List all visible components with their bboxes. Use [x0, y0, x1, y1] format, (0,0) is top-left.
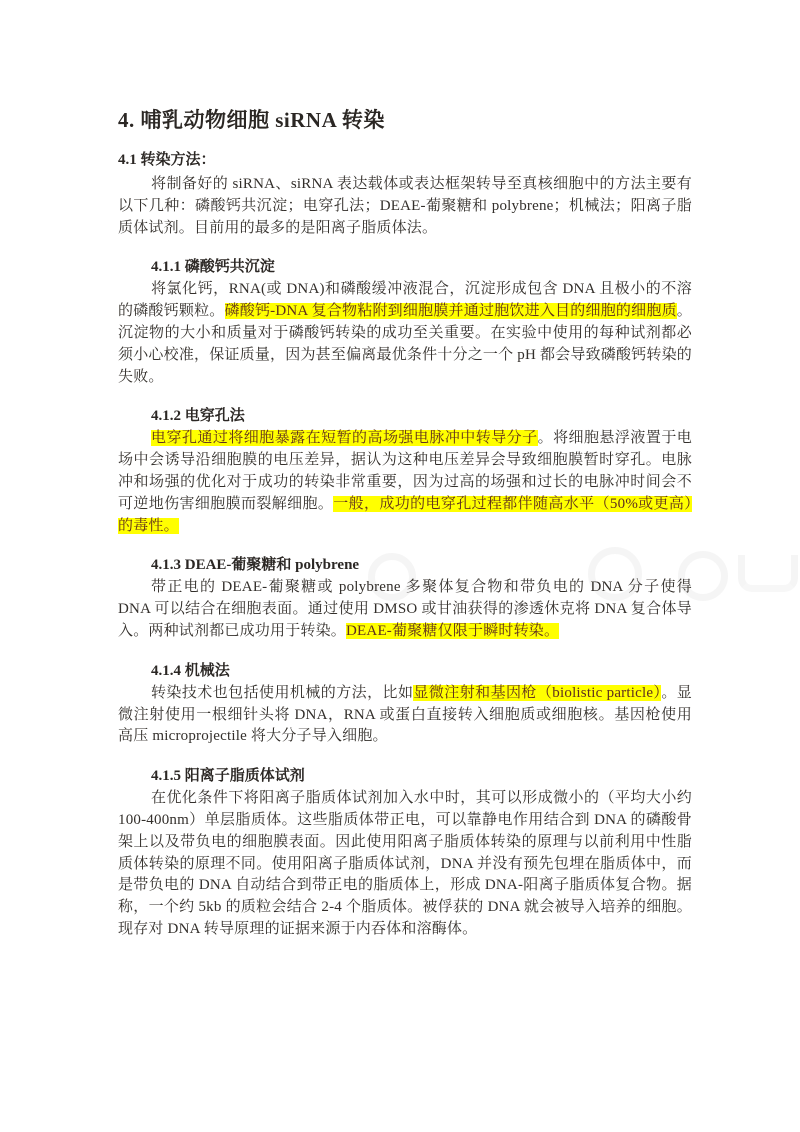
- watermark-glyph-icon: [738, 555, 798, 592]
- section-heading: 4.1.2 电穿孔法: [118, 404, 692, 425]
- section-transfection-methods: 4.1 转染方法： 将制备好的 siRNA、siRNA 表达载体或表达框架转导至…: [118, 148, 692, 239]
- section-heading: 4.1.3 DEAE-葡聚糖和 polybrene: [118, 553, 692, 574]
- section-cationic-liposome: 4.1.5 阳离子脂质体试剂 在优化条件下将阳离子脂质体试剂加入水中时，其可以形…: [118, 764, 692, 941]
- paragraph: 将制备好的 siRNA、siRNA 表达载体或表达框架转导至真核细胞中的方法主要…: [118, 174, 692, 239]
- paragraph: 电穿孔通过将细胞暴露在短暂的高场强电脉冲中转导分子。将细胞悬浮液置于电场中会诱导…: [118, 428, 692, 537]
- page-title: 4. 哺乳动物细胞 siRNA 转染: [118, 104, 692, 134]
- highlighted-text: 磷酸钙-DNA 复合物粘附到细胞膜并通过胞饮进入目的细胞的细胞质: [225, 303, 677, 319]
- paragraph: 带正电的 DEAE-葡聚糖或 polybrene 多聚体复合物和带负电的 DNA…: [118, 577, 692, 642]
- document-body: 4. 哺乳动物细胞 siRNA 转染 4.1 转染方法： 将制备好的 siRNA…: [118, 104, 692, 941]
- highlighted-text: 电穿孔通过将细胞暴露在短暂的高场强电脉冲中转导分子: [151, 430, 538, 446]
- body-text: 将制备好的 siRNA、siRNA 表达载体或表达框架转导至真核细胞中的方法主要…: [118, 176, 692, 236]
- section-calcium-phosphate: 4.1.1 磷酸钙共沉淀 将氯化钙，RNA(或 DNA)和磷酸缓冲液混合，沉淀形…: [118, 255, 692, 388]
- document-page: 4. 哺乳动物细胞 siRNA 转染 4.1 转染方法： 将制备好的 siRNA…: [0, 0, 800, 1132]
- section-heading: 4.1.4 机械法: [118, 659, 692, 680]
- highlighted-text: DEAE-葡聚糖仅限于瞬时转染。: [346, 623, 559, 639]
- section-deae-dextran-polybrene: 4.1.3 DEAE-葡聚糖和 polybrene 带正电的 DEAE-葡聚糖或…: [118, 553, 692, 642]
- paragraph: 将氯化钙，RNA(或 DNA)和磷酸缓冲液混合，沉淀形成包含 DNA 且极小的不…: [118, 279, 692, 388]
- section-heading: 4.1.1 磷酸钙共沉淀: [118, 255, 692, 276]
- paragraph: 在优化条件下将阳离子脂质体试剂加入水中时，其可以形成微小的（平均大小约100-4…: [118, 788, 692, 941]
- paragraph: 转染技术也包括使用机械的方法，比如显微注射和基因枪（biolistic part…: [118, 683, 692, 748]
- section-electroporation: 4.1.2 电穿孔法 电穿孔通过将细胞暴露在短暂的高场强电脉冲中转导分子。将细胞…: [118, 404, 692, 537]
- section-heading: 4.1.5 阳离子脂质体试剂: [118, 764, 692, 785]
- body-text: 转染技术也包括使用机械的方法，比如: [151, 685, 413, 701]
- body-text: 在优化条件下将阳离子脂质体试剂加入水中时，其可以形成微小的（平均大小约100-4…: [118, 790, 692, 937]
- section-mechanical-methods: 4.1.4 机械法 转染技术也包括使用机械的方法，比如显微注射和基因枪（biol…: [118, 659, 692, 748]
- highlighted-text: 显微注射和基因枪（biolistic particle）: [413, 685, 661, 701]
- section-heading: 4.1 转染方法：: [118, 148, 692, 169]
